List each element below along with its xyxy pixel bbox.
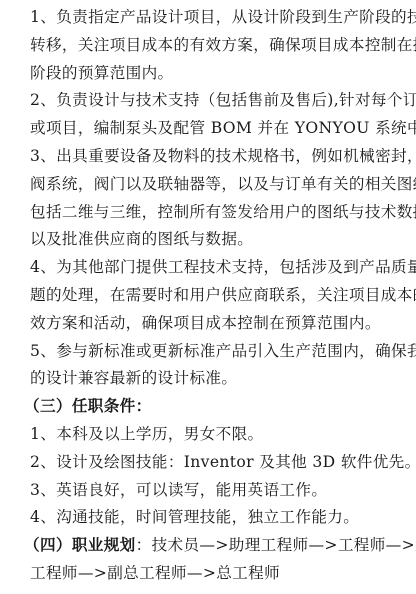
duty-1: 1、负责指定产品设计项目，从设计阶段到生产阶段的技术 转移，关注项目成本的有效方… [30, 4, 400, 87]
text-line: 包括二维与三维，控制所有签发给用户的图纸与技术数据， [30, 199, 400, 227]
duty-3: 3、出具重要设备及物料的技术规格书，例如机械密封，机 阀系统，阀门以及联轴器等，… [30, 143, 400, 254]
career-path-line-1: 技术员—>助理工程师—>工程师—>主任 [152, 536, 416, 554]
text-line: 1、负责指定产品设计项目，从设计阶段到生产阶段的技术 [30, 4, 400, 32]
text-line: 3、出具重要设备及物料的技术规格书，例如机械密封，机 [30, 143, 400, 171]
text-line: 以及批准供应商的图纸与数据。 [30, 226, 400, 254]
duty-2: 2、负责设计与技术支持（包括售前及售后),针对每个订单 或项目，编制泵头及配管 … [30, 87, 400, 143]
requirement-item: 1、本科及以上学历，男女不限。 [30, 421, 400, 449]
text-line: 阀系统，阀门以及联轴器等，以及与订单有关的相关图纸， [30, 171, 400, 199]
duty-4: 4、为其他部门提供工程技术支持，包括涉及到产品质量问 题的处理，在需要时和用户供… [30, 254, 400, 337]
text-line: 转移，关注项目成本的有效方案，确保项目成本控制在投标 [30, 32, 400, 60]
career-path-line-2: 工程师—>副总工程师—>总工程师 [30, 560, 400, 588]
career-heading: （四）职业规划 [24, 536, 136, 554]
text-line: 或项目，编制泵头及配管 BOM 并在 YONYOU 系统中释放。 [30, 115, 400, 143]
career-colon: ： [136, 536, 152, 554]
text-line: 的设计兼容最新的设计标准。 [30, 365, 400, 393]
requirement-item: 4、沟通技能，时间管理技能，独立工作能力。 [30, 504, 400, 532]
duty-5: 5、参与新标准或更新标准产品引入生产范围内，确保我们 的设计兼容最新的设计标准。 [30, 338, 400, 394]
text-line: 题的处理，在需要时和用户供应商联系，关注项目成本的有 [30, 282, 400, 310]
text-line: 2、负责设计与技术支持（包括售前及售后),针对每个订单 [30, 87, 400, 115]
document-body: 1、负责指定产品设计项目，从设计阶段到生产阶段的技术 转移，关注项目成本的有效方… [30, 4, 400, 588]
career-path: （四）职业规划：技术员—>助理工程师—>工程师—>主任 [24, 532, 400, 560]
text-line: 4、为其他部门提供工程技术支持，包括涉及到产品质量问 [30, 254, 400, 282]
requirement-item: 2、设计及绘图技能：Inventor 及其他 3D 软件优先。 [30, 449, 400, 477]
requirements-heading: （三）任职条件： [24, 393, 400, 421]
text-line: 5、参与新标准或更新标准产品引入生产范围内，确保我们 [30, 338, 400, 366]
requirements-list: 1、本科及以上学历，男女不限。 2、设计及绘图技能：Inventor 及其他 3… [30, 421, 400, 532]
text-line: 阶段的预算范围内。 [30, 60, 400, 88]
requirement-item: 3、英语良好，可以读写，能用英语工作。 [30, 477, 400, 505]
text-line: 效方案和活动，确保项目成本控制在预算范围内。 [30, 310, 400, 338]
